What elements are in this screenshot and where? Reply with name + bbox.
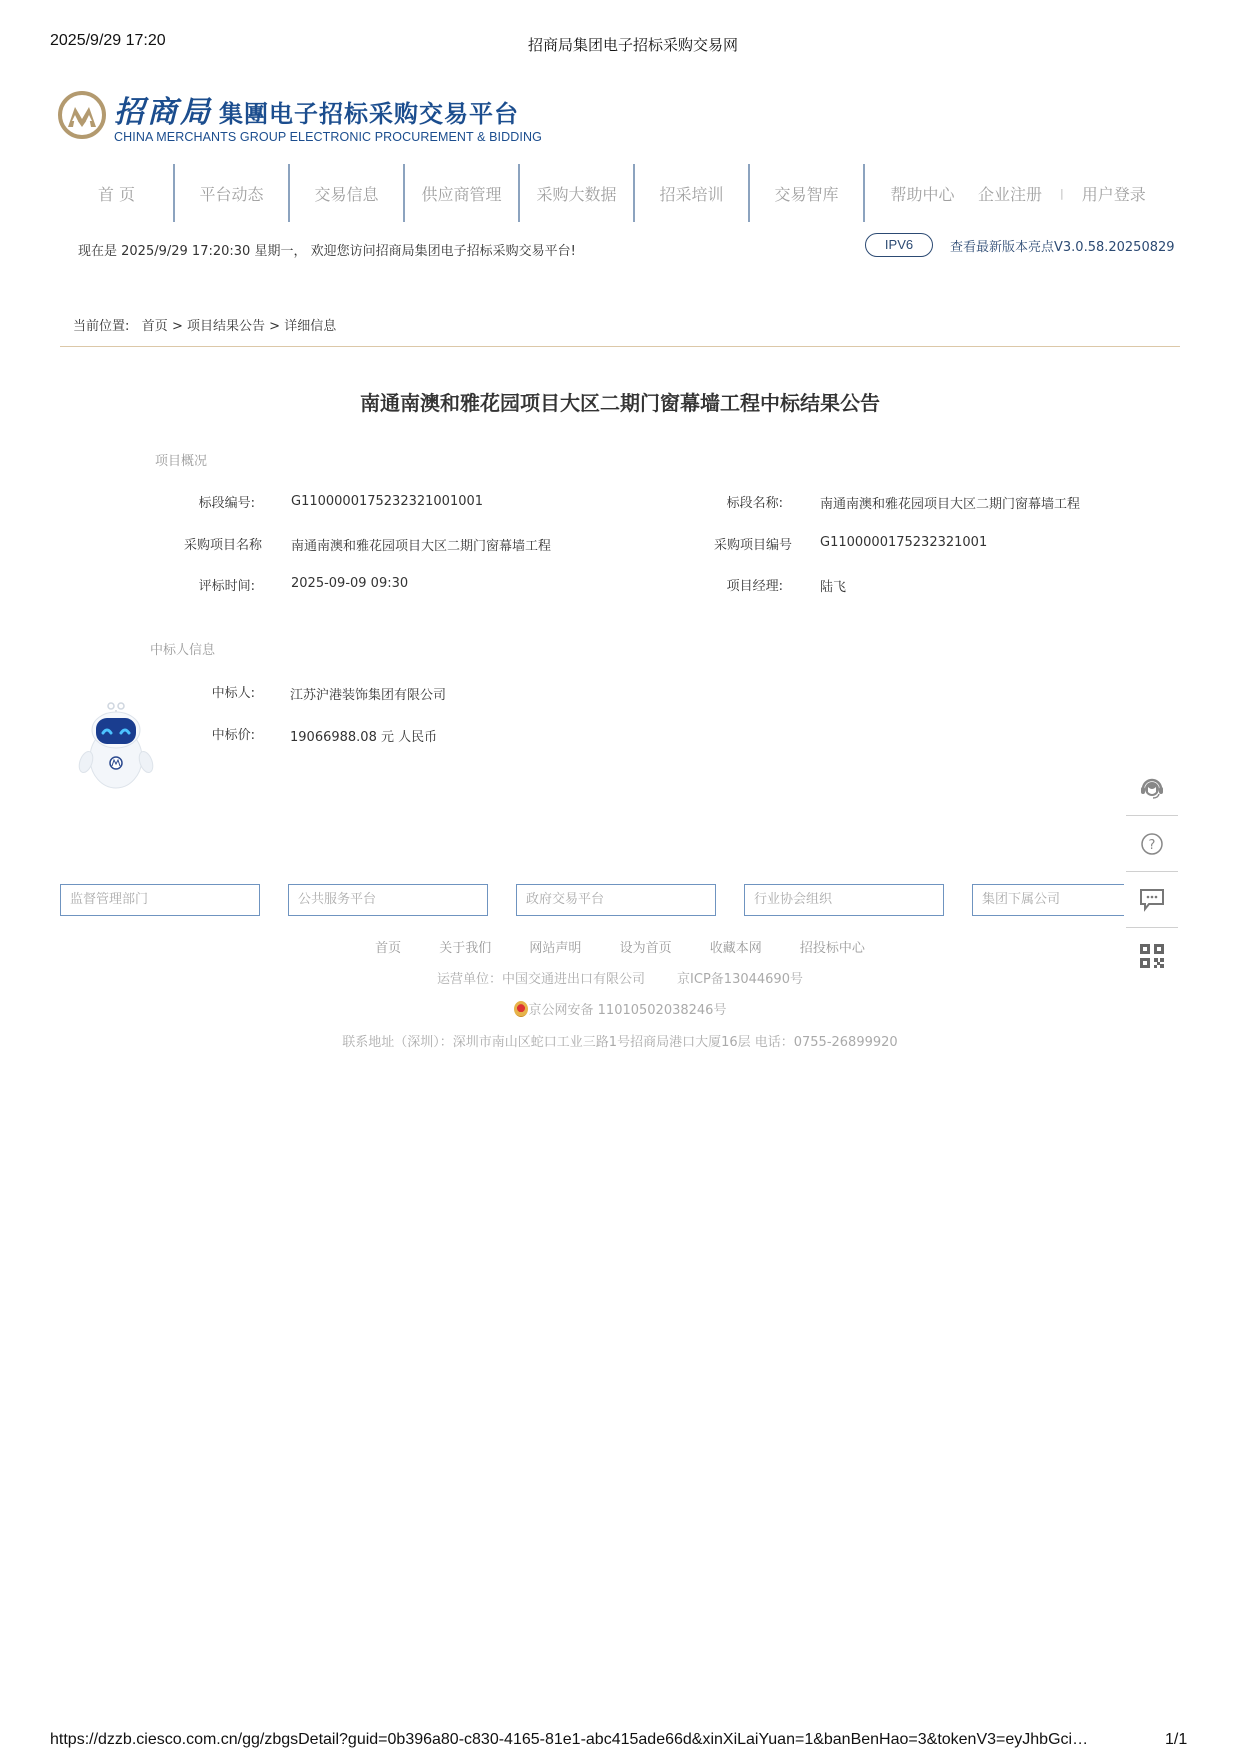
breadcrumb-results[interactable]: 项目结果公告 xyxy=(187,319,265,334)
nav-think-tank[interactable]: 交易智库 xyxy=(750,164,865,222)
message-icon xyxy=(1139,888,1165,912)
field-label-project-code: 采购项目编号 xyxy=(672,534,792,553)
footer-link-bidding-center[interactable]: 招投标中心 xyxy=(800,941,865,956)
footer-link-about[interactable]: 关于我们 xyxy=(439,941,491,956)
field-value-winning-price: 19066988.08 元 人民币 xyxy=(290,726,437,745)
footer-icp[interactable]: 京ICP备13044690号 xyxy=(677,972,803,987)
field-value-project-code: G1100000175232321001 xyxy=(820,535,987,550)
footer-link-set-homepage[interactable]: 设为首页 xyxy=(620,941,672,956)
nav-training[interactable]: 招采培训 xyxy=(635,164,750,222)
breadcrumb-divider xyxy=(60,346,1180,347)
partner-industry-associations[interactable]: 行业协会组织 xyxy=(744,884,944,916)
print-page-title: 招商局集团电子招标采购交易网 xyxy=(0,34,1240,55)
field-label-project-manager: 项目经理: xyxy=(663,575,783,594)
site-logo[interactable]: 招商局 集團电子招标采购交易平台 CHINA MERCHANTS GROUP E… xyxy=(58,85,542,145)
nav-procurement-data[interactable]: 采购大数据 xyxy=(520,164,635,222)
customer-service-icon xyxy=(1139,775,1165,801)
message-button[interactable] xyxy=(1126,872,1178,928)
field-value-evaluation-time: 2025-09-09 09:30 xyxy=(291,576,408,591)
welcome-message: 现在是 2025/9/29 17:20:30 星期一， 欢迎您访问招商局集团电子… xyxy=(78,240,576,259)
footer-links: 首页 关于我们 网站声明 设为首页 收藏本网 招投标中心 xyxy=(0,937,1240,956)
breadcrumb: 当前位置: 首页 > 项目结果公告 > 详细信息 xyxy=(73,315,336,334)
police-badge-icon xyxy=(514,1001,528,1017)
nav-supplier-management[interactable]: 供应商管理 xyxy=(405,164,520,222)
footer-link-home[interactable]: 首页 xyxy=(375,941,401,956)
footer-operator: 运营单位：中国交通进出口有限公司 xyxy=(437,972,645,987)
field-value-project-manager: 陆飞 xyxy=(820,576,846,595)
field-value-project-name: 南通南澳和雅花园项目大区二期门窗幕墙工程 xyxy=(291,535,551,554)
footer-link-bookmark[interactable]: 收藏本网 xyxy=(710,941,762,956)
ipv6-badge: IPV6 xyxy=(865,233,933,257)
breadcrumb-prefix: 当前位置: xyxy=(73,319,129,334)
nav-trade-info[interactable]: 交易信息 xyxy=(290,164,405,222)
breadcrumb-home[interactable]: 首页 xyxy=(142,319,168,334)
footer-police-line: 京公网安备 11010502038246号 xyxy=(0,999,1240,1018)
version-highlights-link[interactable]: 查看最新版本亮点V3.0.58.20250829 xyxy=(950,236,1175,255)
help-button[interactable]: ? xyxy=(1126,816,1178,872)
logo-brand-text: 招商局 xyxy=(114,87,213,131)
logo-english-text: CHINA MERCHANTS GROUP ELECTRONIC PROCURE… xyxy=(114,130,542,144)
help-icon: ? xyxy=(1140,832,1164,856)
print-page-number: 1/1 xyxy=(1165,1731,1187,1749)
account-links: 企业注册 | 用户登录 xyxy=(978,164,1146,222)
nav-platform-news[interactable]: 平台动态 xyxy=(175,164,290,222)
field-value-section-name: 南通南澳和雅花园项目大区二期门窗幕墙工程 xyxy=(820,493,1080,512)
section-overview-label: 项目概况 xyxy=(155,450,207,469)
footer-contact: 联系地址（深圳）：深圳市南山区蛇口工业三路1号招商局港口大厦16层 电话：075… xyxy=(0,1031,1240,1050)
print-url: https://dzzb.ciesco.com.cn/gg/zbgsDetail… xyxy=(50,1731,1088,1749)
field-value-winner: 江苏沪港装饰集团有限公司 xyxy=(290,684,446,703)
robot-assistant[interactable] xyxy=(76,700,156,792)
nav-home[interactable]: 首 页 xyxy=(60,164,175,222)
footer-operator-line: 运营单位：中国交通进出口有限公司京ICP备13044690号 xyxy=(0,968,1240,987)
field-value-section-code: G1100000175232321001001 xyxy=(291,494,483,509)
partner-public-service-platform[interactable]: 公共服务平台 xyxy=(288,884,488,916)
section-winner-label: 中标人信息 xyxy=(150,639,215,658)
footer-police-record[interactable]: 京公网安备 11010502038246号 xyxy=(529,1003,727,1018)
logo-platform-text: 集團电子招标采购交易平台 xyxy=(219,94,519,129)
field-label-section-code: 标段编号: xyxy=(135,492,255,511)
partner-group-subsidiaries[interactable]: 集团下属公司 xyxy=(972,884,1124,916)
robot-assistant-icon xyxy=(76,700,156,792)
nav-help-center[interactable]: 帮助中心 xyxy=(865,164,980,222)
field-label-winner: 中标人: xyxy=(135,682,255,701)
field-label-project-name: 采购项目名称 xyxy=(142,534,262,553)
partner-government-trading-platform[interactable]: 政府交易平台 xyxy=(516,884,716,916)
partner-regulatory-departments[interactable]: 监督管理部门 xyxy=(60,884,260,916)
login-link[interactable]: 用户登录 xyxy=(1082,182,1146,205)
breadcrumb-separator: > xyxy=(269,319,280,334)
breadcrumb-separator: > xyxy=(172,319,183,334)
nav-separator: | xyxy=(1060,187,1064,200)
field-label-evaluation-time: 评标时间: xyxy=(135,575,255,594)
customer-service-button[interactable] xyxy=(1126,760,1178,816)
china-merchants-logo-icon xyxy=(58,91,106,139)
svg-text:?: ? xyxy=(1149,838,1156,853)
main-nav: 首 页 平台动态 交易信息 供应商管理 采购大数据 招采培训 交易智库 帮助中心 xyxy=(60,164,980,222)
notice-title: 南通南澳和雅花园项目大区二期门窗幕墙工程中标结果公告 xyxy=(0,387,1240,416)
field-label-section-name: 标段名称: xyxy=(663,492,783,511)
register-link[interactable]: 企业注册 xyxy=(978,182,1042,205)
footer-link-statement[interactable]: 网站声明 xyxy=(529,941,581,956)
breadcrumb-current: 详细信息 xyxy=(284,319,336,334)
